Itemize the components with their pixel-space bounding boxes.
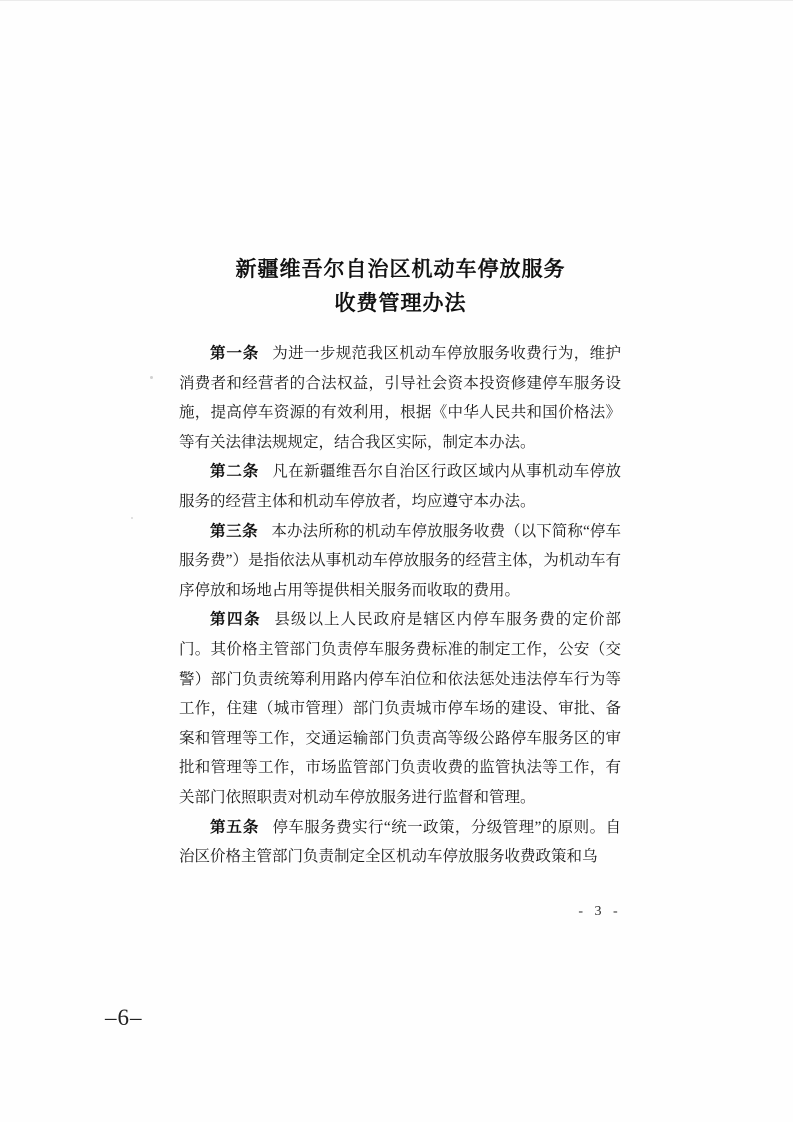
outer-page-number: –6– bbox=[105, 1005, 143, 1031]
article-paragraph-2: 第二条凡在新疆维吾尔自治区行政区域内从事机动车停放服务的经营主体和机动车停放者，… bbox=[179, 457, 621, 516]
article-number: 第五条 bbox=[210, 819, 259, 836]
scanned-document-page: 新疆维吾尔自治区机动车停放服务 收费管理办法 第一条为进一步规范我区机动车停放服… bbox=[0, 0, 793, 1122]
inner-page-number: - 3 - bbox=[567, 904, 633, 920]
document-title: 新疆维吾尔自治区机动车停放服务 收费管理办法 bbox=[180, 252, 621, 320]
article-text: 县级以上人民政府是辖区内停车服务费的定价部门。其价格主管部门负责停车服务费标准的… bbox=[179, 611, 621, 806]
document-body: 第一条为进一步规范我区机动车停放服务收费行为，维护消费者和经营者的合法权益，引导… bbox=[179, 339, 621, 872]
article-paragraph-1: 第一条为进一步规范我区机动车停放服务收费行为，维护消费者和经营者的合法权益，引导… bbox=[179, 339, 621, 457]
article-number: 第三条 bbox=[210, 523, 258, 540]
scan-speck bbox=[150, 376, 153, 379]
scan-edge-line bbox=[0, 0, 793, 1]
scan-speck bbox=[131, 517, 133, 519]
article-number: 第一条 bbox=[210, 345, 259, 362]
article-number: 第二条 bbox=[210, 463, 259, 480]
article-number: 第四条 bbox=[210, 611, 261, 628]
article-paragraph-5: 第五条停车服务费实行“统一政策，分级管理”的原则。自治区价格主管部门负责制定全区… bbox=[179, 813, 621, 872]
article-paragraph-3: 第三条本办法所称的机动车停放服务收费（以下简称“停车服务费”）是指依法从事机动车… bbox=[179, 517, 621, 606]
article-paragraph-4: 第四条县级以上人民政府是辖区内停车服务费的定价部门。其价格主管部门负责停车服务费… bbox=[179, 605, 621, 812]
document-title-line-2: 收费管理办法 bbox=[180, 286, 621, 320]
document-title-line-1: 新疆维吾尔自治区机动车停放服务 bbox=[180, 252, 621, 286]
